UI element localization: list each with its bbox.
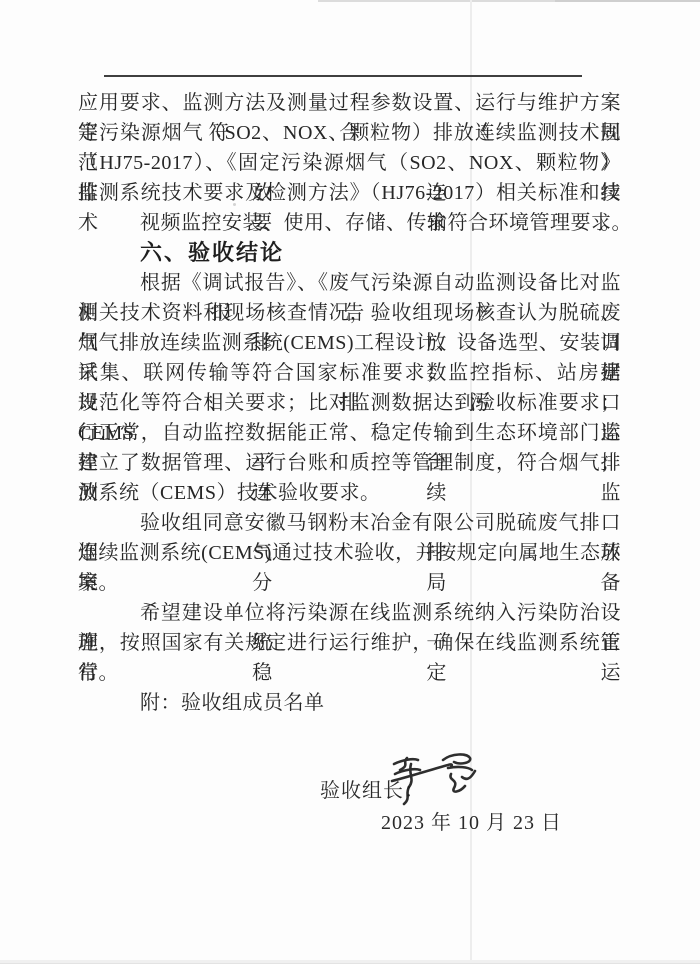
body-text-line: 行正常，自动监控数据能正常、稳定传输到生态环境部门监控平台； (78, 418, 621, 448)
body-text-line: （HJ75-2017）、《固定污染源烟气（SO2、NOX、颗粒物）排放连续 (78, 148, 621, 178)
body-text-line: 希望建设单位将污染源在线监测系统纳入污染防治设施统一管 (78, 598, 621, 628)
body-text-line: 理，按照国家有关规定进行运行维护，确保在线监测系统正常稳定运 (78, 628, 621, 658)
scan-top-edge-dark-artifact (555, 0, 700, 2)
body-text-line: 根据《调试报告》、《废气污染源自动监测设备比对监测报告》、 (78, 268, 621, 298)
body-text-line: 连续监测系统(CEMS)通过技术验收，并按规定向属地生态环境分局备 (78, 538, 621, 568)
body-text-line: 相关技术资料和现场核查情况，验收组现场核查认为脱硫废气排放口 (78, 298, 621, 328)
scanned-document-page: 应用要求、监测方法及测量过程参数设置、运行与维护方案等符合《固 定污染源烟气（S… (0, 0, 700, 964)
handwritten-signature-scribble (390, 750, 478, 808)
body-text-line: 监测系统技术要求及检测方法》（HJ76-2017）相关标准和技术要求。 (78, 178, 621, 208)
body-text-line: 视频监控安装、使用、存储、传输符合环境管理要求。 (78, 208, 621, 238)
body-text-line: 采集、联网传输等符合国家标准要求；监控指标、站房建设、排污口 (78, 358, 621, 388)
body-text-line: 定污染源烟气（SO2、NOX、颗粒物）排放连续监测技术规范》 (78, 118, 621, 148)
header-horizontal-rule (104, 75, 582, 77)
body-text-line: 烟气排放连续监测系统(CEMS)工程设计、设备选型、安装调试、数据 (78, 328, 621, 358)
attachment-note-line: 附：验收组成员名单 (78, 688, 621, 718)
scan-bottom-shadow (0, 960, 700, 964)
section-heading: 六、验收结论 (78, 238, 621, 268)
body-text-line: 应用要求、监测方法及测量过程参数设置、运行与维护方案等符合《固 (78, 88, 621, 118)
body-text-line: 建立了数据管理、运行台账和质控等管理制度，符合烟气排放连续监 (78, 448, 621, 478)
body-text-line: 规范化等符合相关要求；比对监测数据达到验收标准要求；CEMS 运 (78, 388, 621, 418)
body-text-line: 验收组同意安徽马钢粉末冶金有限公司脱硫废气排口烟气排放 (78, 508, 621, 538)
signature-date: 2023 年 10 月 23 日 (381, 806, 562, 835)
document-body: 应用要求、监测方法及测量过程参数设置、运行与维护方案等符合《固 定污染源烟气（S… (78, 88, 621, 718)
